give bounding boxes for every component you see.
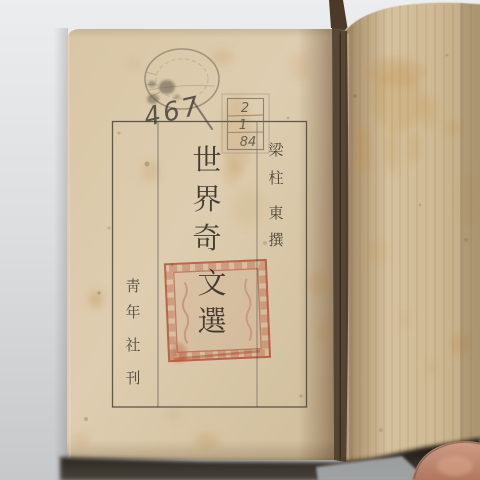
page-cast-shadow [54, 28, 68, 460]
publisher-char: 社 [125, 336, 140, 354]
publisher-char: 靑 [125, 277, 140, 295]
left-page: 467 2 1 84 梁 柱 東 撰 世 界 奇 文 選 [67, 29, 335, 460]
publisher-char: 刊 [125, 369, 140, 387]
author-char: 東 [268, 204, 283, 222]
gutter-crease [332, 28, 349, 462]
photo-canvas: 467 2 1 84 梁 柱 東 撰 世 界 奇 文 選 [0, 0, 480, 480]
label-row-2: 1 [239, 118, 247, 133]
seal-stamp-icon [165, 260, 270, 363]
title-char: 世 [192, 143, 221, 177]
label-row-3: 84 [240, 135, 257, 150]
publisher-char: 年 [125, 303, 140, 321]
title-char: 界 [192, 182, 221, 216]
title-char: 奇 [192, 221, 221, 255]
book-title-page-photo: 467 2 1 84 梁 柱 東 撰 世 界 奇 文 選 [0, 0, 480, 480]
author-char: 梁 [268, 141, 284, 159]
right-page [345, 0, 480, 480]
label-row-1: 2 [241, 101, 249, 116]
author-char: 撰 [268, 231, 283, 249]
author-char: 柱 [268, 169, 283, 187]
